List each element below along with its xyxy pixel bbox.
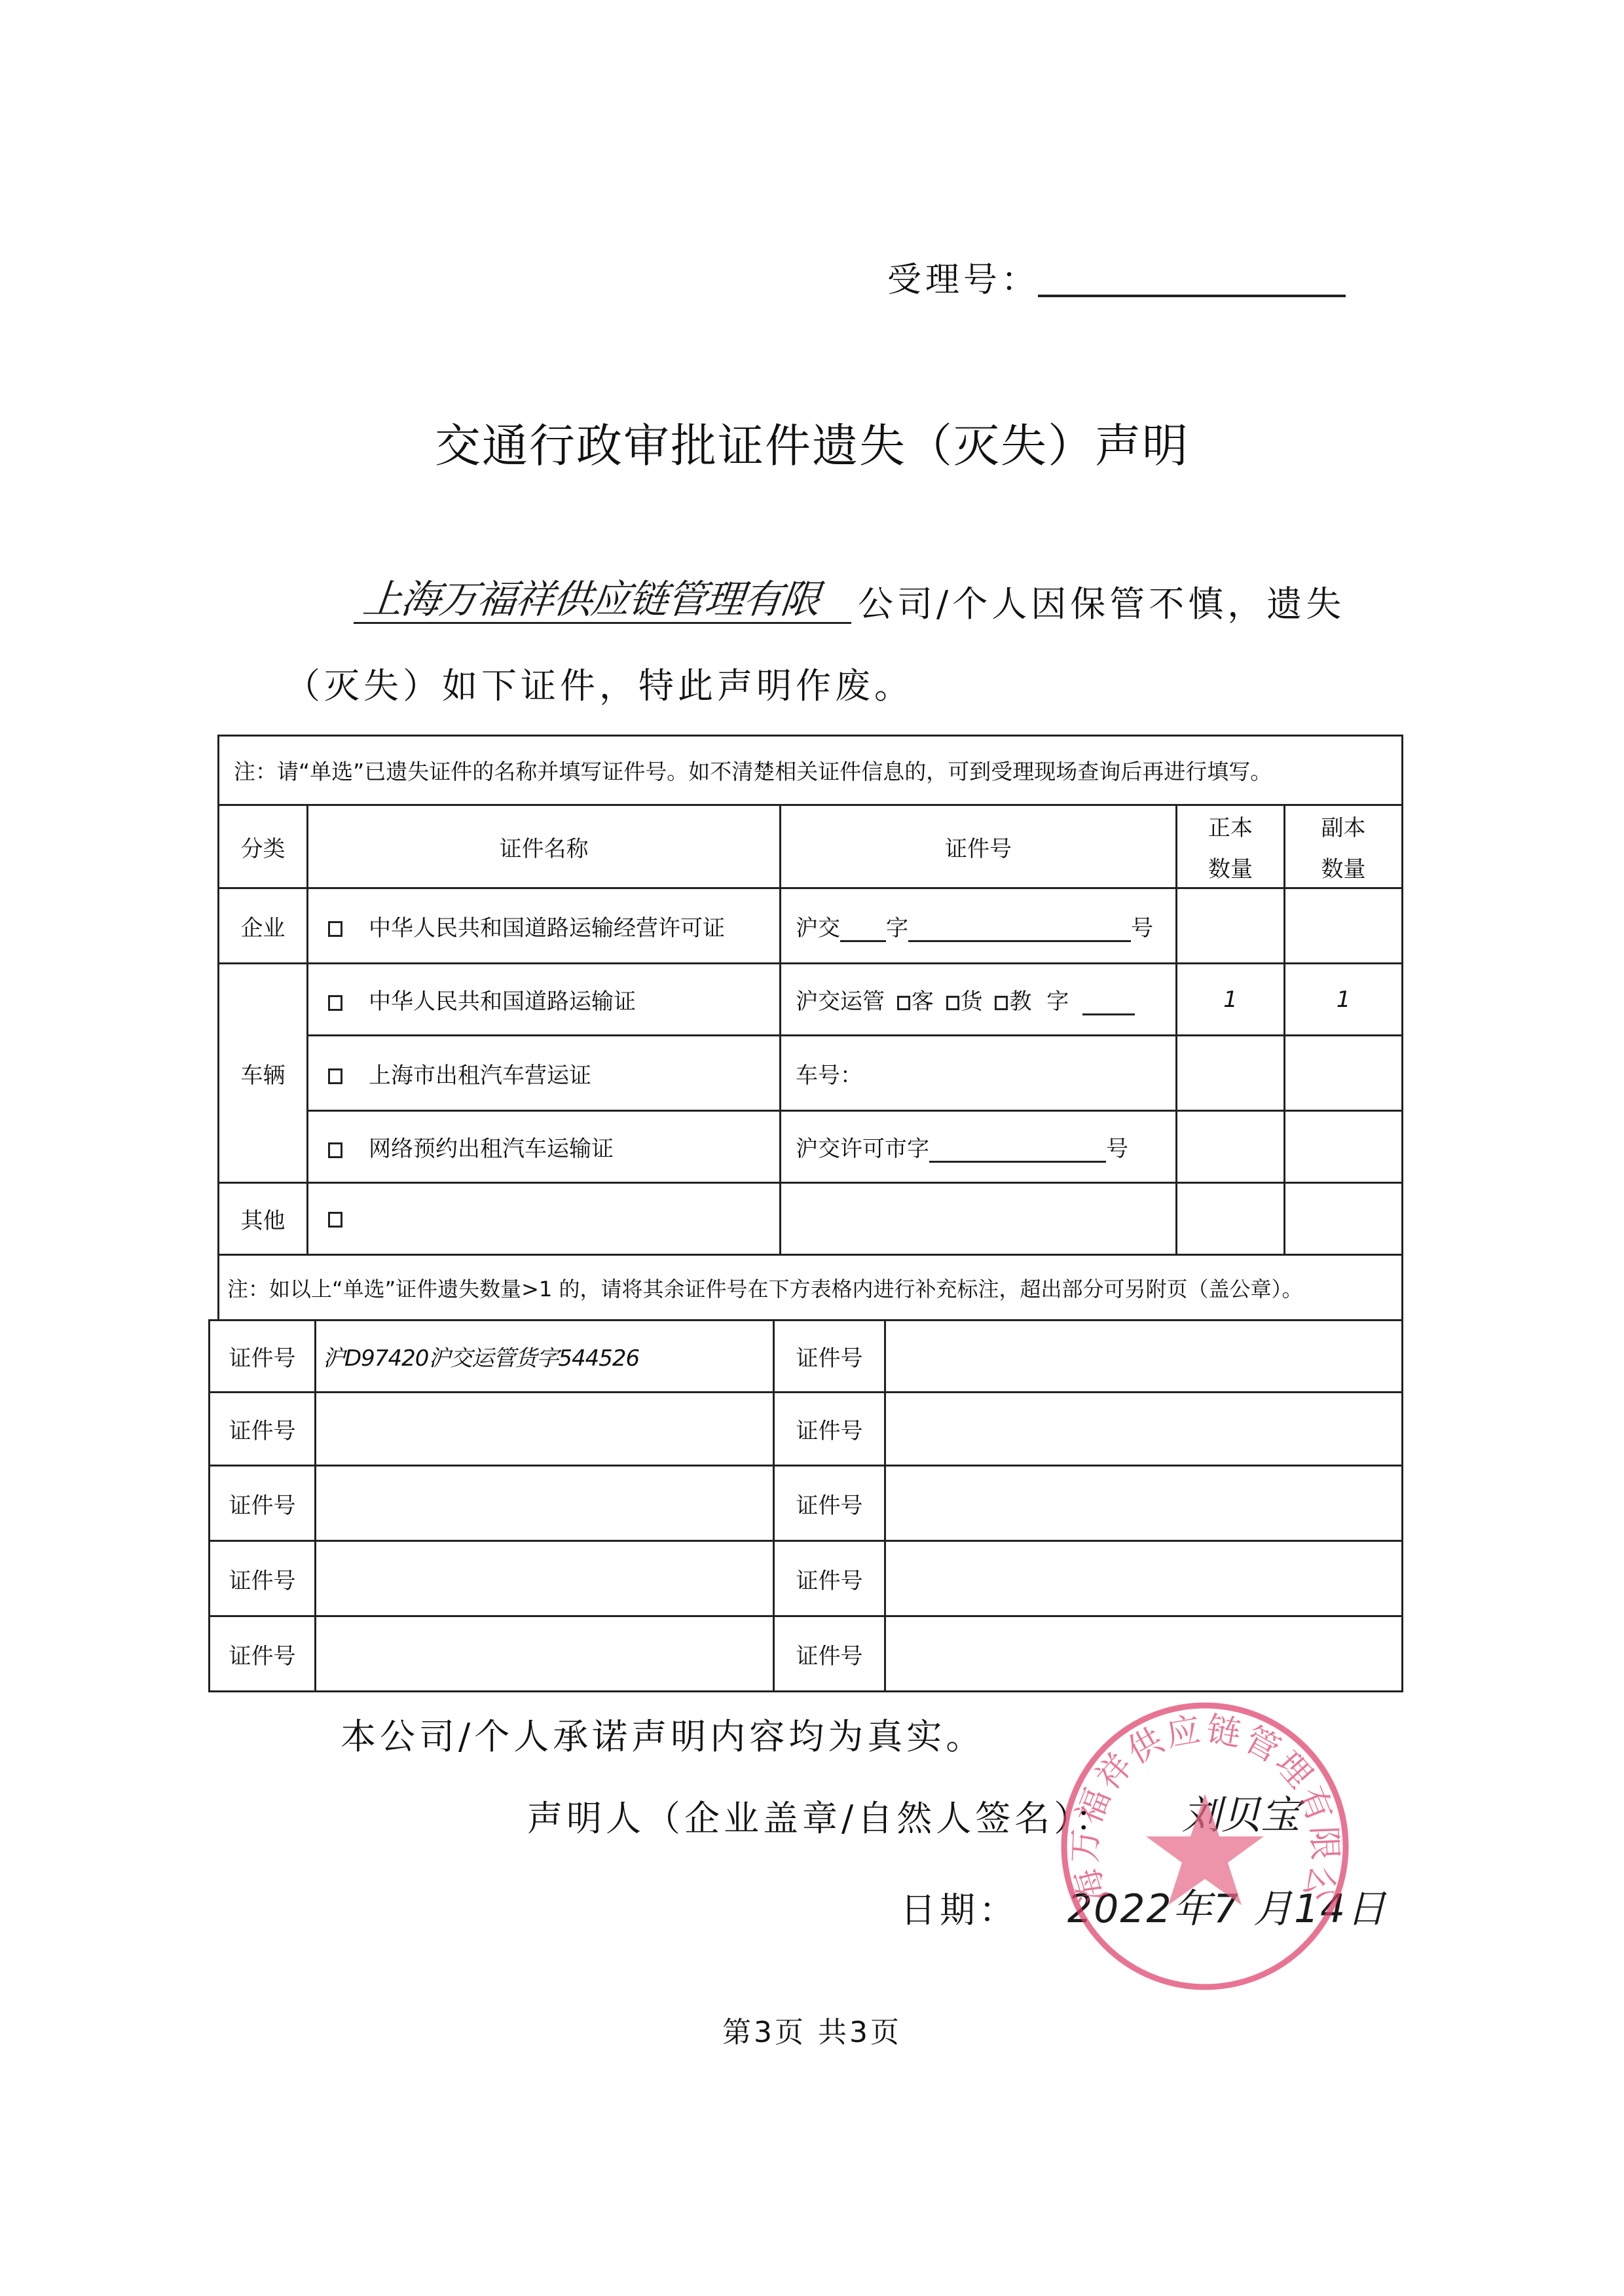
cert-no-field[interactable]: 沪交运管 客 货 教 字 xyxy=(781,964,1177,1036)
option-passenger: 客 xyxy=(912,989,934,1015)
checkbox-training-icon[interactable] xyxy=(995,996,1008,1010)
company-seal-stamp: 上海万福祥供应链管理有限公司 xyxy=(1054,1696,1356,1997)
lost-certificate-table: 注：请“单选”已遗失证件的名称并填写证件号。如不清楚相关证件信息的，可到受理现场… xyxy=(217,735,1403,1321)
option-freight: 货 xyxy=(961,989,983,1015)
cert-no-suffix: 号 xyxy=(1106,1136,1128,1162)
cert-name-label: 中华人民共和国道路运输证 xyxy=(369,989,636,1015)
supp-label-right: 证件号 xyxy=(774,1541,885,1616)
checkbox-icon[interactable] xyxy=(328,1142,342,1158)
cert-no-mid: 字 xyxy=(886,915,908,941)
cert-no-blank-1[interactable] xyxy=(840,923,886,942)
acceptance-number-field[interactable] xyxy=(1038,295,1346,297)
cert-option-ride-hailing-cert[interactable]: 网络预约出租汽车运输证 xyxy=(308,1111,781,1183)
cert-no-prefix: 沪交许可市字 xyxy=(796,1136,929,1162)
original-qty-field[interactable] xyxy=(1177,1183,1285,1255)
table-row: 其他 xyxy=(219,1183,1403,1255)
table-row: 证件号 证件号 xyxy=(210,1616,1403,1692)
supp-label-right: 证件号 xyxy=(774,1466,885,1541)
option-training: 教 xyxy=(1009,989,1031,1015)
copy-qty-field[interactable] xyxy=(1285,1183,1403,1255)
table-row: 证件号 证件号 xyxy=(210,1393,1403,1466)
supp-cert-no-field-right[interactable] xyxy=(885,1321,1403,1393)
table-row: 证件号 证件号 xyxy=(210,1466,1403,1541)
cert-name-label: 中华人民共和国道路运输经营许可证 xyxy=(369,915,725,941)
supp-cert-no-field-left[interactable]: 沪D97420沪交运管货字544526 xyxy=(316,1321,774,1393)
supp-cert-no-field-left[interactable] xyxy=(316,1616,774,1692)
cert-no-field[interactable] xyxy=(781,1183,1177,1255)
supp-label-left: 证件号 xyxy=(210,1466,316,1541)
header-copy-qty-line2: 数量 xyxy=(1285,851,1401,883)
original-qty-field[interactable] xyxy=(1177,1036,1285,1111)
declarant-signature[interactable]: 刘贝宝 xyxy=(1182,1784,1300,1840)
category-enterprise: 企业 xyxy=(219,888,308,964)
table-row: 车辆 中华人民共和国道路运输证 沪交运管 客 货 教 字 1 1 xyxy=(219,964,1403,1036)
header-original-qty: 正本 数量 xyxy=(1177,805,1285,888)
table-row: 企业 中华人民共和国道路运输经营许可证 沪交字号 xyxy=(219,888,1403,964)
copy-qty-field[interactable] xyxy=(1285,1036,1403,1111)
supp-cert-no-field-left[interactable] xyxy=(316,1393,774,1466)
cert-no-field[interactable]: 沪交许可市字号 xyxy=(781,1111,1177,1183)
category-vehicle: 车辆 xyxy=(219,964,308,1183)
company-name-handwritten: 上海万福祥供应链管理有限 xyxy=(360,568,822,625)
seal-icon: 上海万福祥供应链管理有限公司 xyxy=(1054,1696,1356,1997)
checkbox-icon[interactable] xyxy=(328,995,342,1011)
supp-label-right: 证件号 xyxy=(774,1393,885,1466)
supplementary-cert-table: 证件号 沪D97420沪交运管货字544526 证件号 证件号 证件号 证件号 … xyxy=(208,1319,1403,1692)
date-value-handwritten[interactable]: 2022年7 月14日 xyxy=(1067,1878,1387,1934)
table-note-2: 注：如以上“单选”证件遗失数量>1 的，请将其余证件号在下方表格内进行补充标注，… xyxy=(219,1255,1403,1321)
declaration-text-line1: 公司/个人因保管不慎，遗失 xyxy=(858,576,1345,627)
checkbox-icon[interactable] xyxy=(328,921,342,937)
cert-name-label: 上海市出租汽车营运证 xyxy=(369,1063,591,1089)
supp-label-right: 证件号 xyxy=(774,1616,885,1692)
checkbox-passenger-icon[interactable] xyxy=(897,996,910,1010)
cert-name-label: 网络预约出租汽车运输证 xyxy=(369,1136,614,1162)
supp-label-left: 证件号 xyxy=(210,1321,316,1393)
checkbox-freight-icon[interactable] xyxy=(946,996,959,1010)
supp-cert-no-field-right[interactable] xyxy=(885,1393,1403,1466)
commitment-text: 本公司/个人承诺声明内容均为真实。 xyxy=(341,1709,985,1759)
table-row: 证件号 沪D97420沪交运管货字544526 证件号 xyxy=(210,1321,1403,1393)
cert-option-taxi-permit[interactable]: 上海市出租汽车营运证 xyxy=(308,1036,781,1111)
header-original-qty-line2: 数量 xyxy=(1177,851,1283,883)
table-note: 注：请“单选”已遗失证件的名称并填写证件号。如不清楚相关证件信息的，可到受理现场… xyxy=(219,736,1403,805)
table-row: 证件号 证件号 xyxy=(210,1541,1403,1616)
cert-no-blank[interactable] xyxy=(929,1144,1106,1163)
cert-no-suffix: 字 xyxy=(1046,989,1069,1015)
original-qty-field[interactable] xyxy=(1177,1111,1285,1183)
cert-no-blank-2[interactable] xyxy=(908,923,1131,942)
copy-qty-field[interactable] xyxy=(1285,888,1403,964)
declarant-label: 声明人（企业盖章/自然人签名）： xyxy=(527,1791,1115,1841)
header-copy-qty-line1: 副本 xyxy=(1285,810,1401,842)
supp-cert-no-field-left[interactable] xyxy=(316,1466,774,1541)
supp-cert-no-field-left[interactable] xyxy=(316,1541,774,1616)
copy-qty-field[interactable]: 1 xyxy=(1285,964,1403,1036)
declaration-text-line2: （灭失）如下证件，特此声明作废。 xyxy=(285,658,913,708)
cert-no-field[interactable]: 车号： xyxy=(781,1036,1177,1111)
original-qty-field[interactable] xyxy=(1177,888,1285,964)
copy-qty-field[interactable] xyxy=(1285,1111,1403,1183)
cert-no-blank[interactable] xyxy=(1082,996,1135,1015)
supp-label-left: 证件号 xyxy=(210,1393,316,1466)
header-original-qty-line1: 正本 xyxy=(1177,810,1283,842)
cert-no-prefix: 沪交运管 xyxy=(796,989,885,1015)
table-row: 网络预约出租汽车运输证 沪交许可市字号 xyxy=(219,1111,1403,1183)
cert-option-other[interactable] xyxy=(308,1183,781,1255)
checkbox-icon[interactable] xyxy=(328,1068,342,1084)
table-row: 上海市出租汽车营运证 车号： xyxy=(219,1036,1403,1111)
cert-no-prefix: 沪交 xyxy=(796,915,840,941)
category-other: 其他 xyxy=(219,1183,308,1255)
cert-option-transport-cert[interactable]: 中华人民共和国道路运输证 xyxy=(308,964,781,1036)
document-title: 交通行政审批证件遗失（灭失）声明 xyxy=(0,409,1624,475)
supp-label-right: 证件号 xyxy=(774,1321,885,1393)
supp-cert-no-field-right[interactable] xyxy=(885,1466,1403,1541)
checkbox-icon[interactable] xyxy=(328,1212,342,1228)
plate-number-label: 车号： xyxy=(796,1063,862,1089)
page-number: 第3页 共3页 xyxy=(0,2009,1624,2050)
cert-option-operating-permit[interactable]: 中华人民共和国道路运输经营许可证 xyxy=(308,888,781,964)
acceptance-number-label: 受理号： xyxy=(887,252,1039,301)
supp-label-left: 证件号 xyxy=(210,1541,316,1616)
header-copy-qty: 副本 数量 xyxy=(1285,805,1403,888)
cert-no-field[interactable]: 沪交字号 xyxy=(781,888,1177,964)
date-label: 日期： xyxy=(900,1882,1018,1933)
cert-no-suffix: 号 xyxy=(1131,915,1153,941)
supp-label-left: 证件号 xyxy=(210,1616,316,1692)
header-cert-no: 证件号 xyxy=(781,805,1177,888)
header-cert-name: 证件名称 xyxy=(308,805,781,888)
header-category: 分类 xyxy=(219,805,308,888)
original-qty-field[interactable]: 1 xyxy=(1177,964,1285,1036)
supp-cert-no-field-right[interactable] xyxy=(885,1616,1403,1692)
supp-cert-no-field-right[interactable] xyxy=(885,1541,1403,1616)
